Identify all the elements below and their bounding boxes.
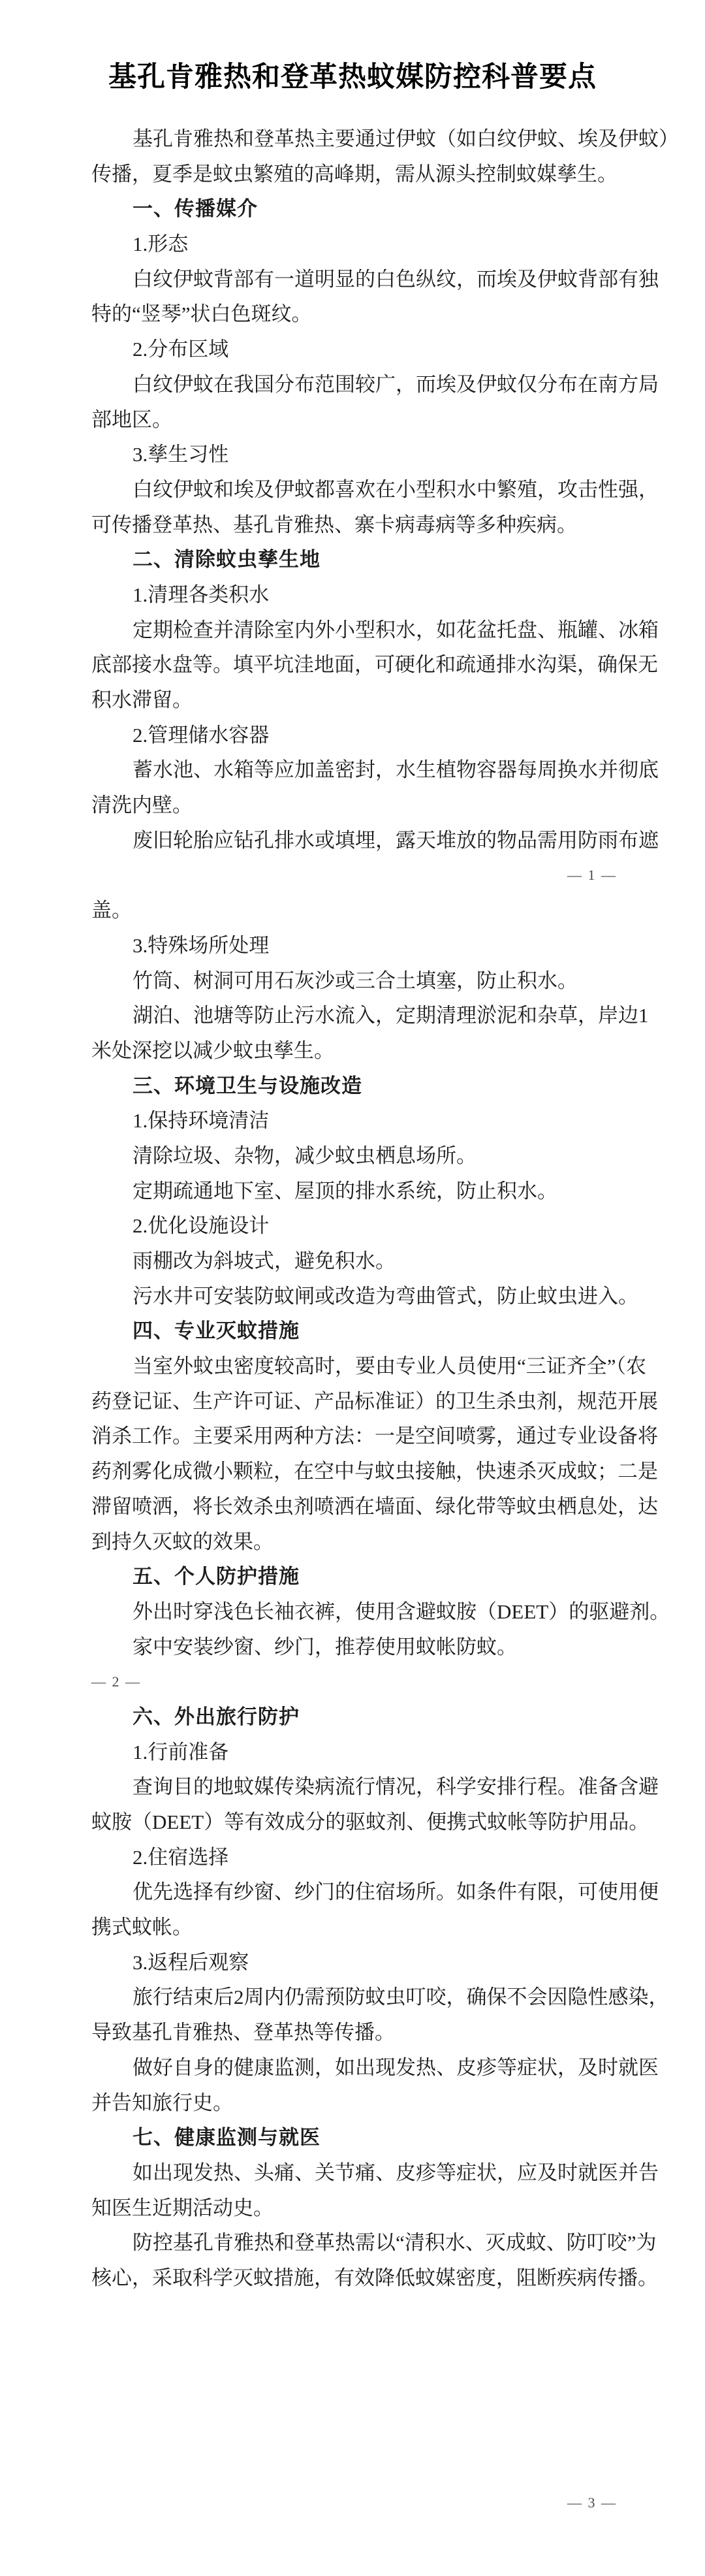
body-text-line: 家中安装纱窗、纱门，推荐使用蚊帐防蚊。 [91, 1630, 617, 1665]
body-text-line: 竹筒、树洞可用石灰沙或三合土填塞，防止积水。 [91, 963, 617, 999]
body-text-line: 废旧轮胎应钻孔排水或填埋，露天堆放的物品需用防雨布遮 [91, 823, 617, 858]
body-text-line: 定期检查并清除室内外小型积水，如花盆托盘、瓶罐、冰箱 [91, 613, 617, 648]
body-text-line: 药剂雾化成微小颗粒，在空中与蚊虫接触，快速杀灭成蚊；二是 [91, 1454, 617, 1489]
body-text-line: 做好自身的健康监测，如出现发热、皮疹等症状，及时就医 [91, 2050, 617, 2085]
section-heading: 七、健康监测与就医 [91, 2120, 617, 2155]
body-text-line: 传播，夏季是蚊虫繁殖的高峰期，需从源头控制蚊媒孳生。 [91, 157, 617, 192]
numbered-subheading: 2.分布区域 [91, 332, 617, 367]
body-text-line: 知医生近期活动史。 [91, 2191, 617, 2226]
body-text-line: 部地区。 [91, 402, 617, 438]
section-heading: 四、专业灭蚊措施 [91, 1313, 617, 1349]
page-number: — 3 — [567, 2485, 617, 2520]
body-text-line: 优先选择有纱窗、纱门的住宿场所。如条件有限，可使用便 [91, 1875, 617, 1910]
body-text-line: 清洗内壁。 [91, 788, 617, 823]
section-heading: 三、环境卫生与设施改造 [91, 1069, 617, 1104]
body-text-line: 当室外蚊虫密度较高时，要由专业人员使用“三证齐全”（农 [91, 1349, 617, 1384]
numbered-subheading: 1.形态 [91, 227, 617, 262]
body-text-line: 消杀工作。主要采用两种方法：一是空间喷雾，通过专业设备将 [91, 1419, 617, 1454]
body-text-line: 并告知旅行史。 [91, 2085, 617, 2121]
document-title: 基孔肯雅热和登革热蚊媒防控科普要点 [0, 55, 705, 95]
body-text-line: 外出时穿浅色长袖衣裤，使用含避蚊胺（DEET）的驱避剂。 [91, 1594, 617, 1630]
body-text-line: 盖。 [91, 893, 617, 928]
body-text-line: 携式蚊帐。 [91, 1910, 617, 1945]
body-text-line: 蓄水池、水箱等应加盖密封，水生植物容器每周换水并彻底 [91, 752, 617, 788]
numbered-subheading: 2.管理储水容器 [91, 718, 617, 753]
body-text-line: 可传播登革热、基孔肯雅热、寨卡病毒病等多种疾病。 [91, 507, 617, 543]
section-heading: 二、清除蚊虫孳生地 [91, 542, 617, 577]
body-text-line: 药登记证、生产许可证、产品标准证）的卫生杀虫剂，规范开展 [91, 1384, 617, 1419]
numbered-subheading: 3.孳生习性 [91, 437, 617, 472]
page-number: — 2 — [91, 1664, 617, 1699]
body-text-line: 积水滞留。 [91, 683, 617, 718]
body-text-line: 污水井可安装防蚊闸或改造为弯曲管式，防止蚊虫进入。 [91, 1279, 617, 1314]
body-text-line: 导致基孔肯雅热、登革热等传播。 [91, 2015, 617, 2050]
numbered-subheading: 3.返程后观察 [91, 1945, 617, 1980]
body-text-line: 清除垃圾、杂物，减少蚊虫栖息场所。 [91, 1138, 617, 1174]
document-body: 基孔肯雅热和登革热主要通过伊蚊（如白纹伊蚊、埃及伊蚊）传播，夏季是蚊虫繁殖的高峰… [91, 121, 617, 2296]
body-text-line: 基孔肯雅热和登革热主要通过伊蚊（如白纹伊蚊、埃及伊蚊） [91, 121, 617, 157]
body-text-line: 特的“竖琴”状白色斑纹。 [91, 297, 617, 332]
section-heading: 六、外出旅行防护 [91, 1699, 617, 1735]
section-heading: 一、传播媒介 [91, 191, 617, 227]
body-text-line: 滞留喷洒，将长效杀虫剂喷洒在墙面、绿化带等蚊虫栖息处，达 [91, 1489, 617, 1524]
body-text-line: 白纹伊蚊和埃及伊蚊都喜欢在小型积水中繁殖，攻击性强， [91, 472, 617, 507]
body-text-line: 核心，采取科学灭蚊措施，有效降低蚊媒密度，阻断疾病传播。 [91, 2261, 617, 2296]
numbered-subheading: 1.保持环境清洁 [91, 1103, 617, 1138]
body-text-line: 雨棚改为斜坡式，避免积水。 [91, 1244, 617, 1279]
body-text-line: 到持久灭蚊的效果。 [91, 1524, 617, 1560]
body-text-line: 旅行结束后2周内仍需预防蚊虫叮咬，确保不会因隐性感染， [91, 1980, 617, 2015]
section-heading: 五、个人防护措施 [91, 1559, 617, 1594]
body-text-line: 白纹伊蚊背部有一道明显的白色纵纹，而埃及伊蚊背部有独 [91, 262, 617, 297]
body-text-line: 防控基孔肯雅热和登革热需以“清积水、灭成蚊、防叮咬”为 [91, 2225, 617, 2261]
body-text-line: 蚊胺（DEET）等有效成分的驱蚊剂、便携式蚊帐等防护用品。 [91, 1805, 617, 1840]
page-number: — 1 — [91, 858, 617, 893]
body-text-line: 湖泊、池塘等防止污水流入，定期清理淤泥和杂草，岸边1 [91, 998, 617, 1033]
numbered-subheading: 2.优化设施设计 [91, 1208, 617, 1244]
body-text-line: 定期疏通地下室、屋顶的排水系统，防止积水。 [91, 1174, 617, 1209]
body-text-line: 米处深挖以减少蚊虫孳生。 [91, 1033, 617, 1069]
body-text-line: 底部接水盘等。填平坑洼地面，可硬化和疏通排水沟渠，确保无 [91, 647, 617, 683]
document-page: 基孔肯雅热和登革热蚊媒防控科普要点 基孔肯雅热和登革热主要通过伊蚊（如白纹伊蚊、… [0, 0, 705, 2576]
numbered-subheading: 1.行前准备 [91, 1735, 617, 1770]
body-text-line: 如出现发热、头痛、关节痛、皮疹等症状，应及时就医并告 [91, 2155, 617, 2191]
numbered-subheading: 3.特殊场所处理 [91, 928, 617, 963]
body-text-line: 查询目的地蚊媒传染病流行情况，科学安排行程。准备含避 [91, 1769, 617, 1805]
body-text-line: 白纹伊蚊在我国分布范围较广，而埃及伊蚊仅分布在南方局 [91, 367, 617, 402]
numbered-subheading: 2.住宿选择 [91, 1840, 617, 1875]
numbered-subheading: 1.清理各类积水 [91, 577, 617, 613]
